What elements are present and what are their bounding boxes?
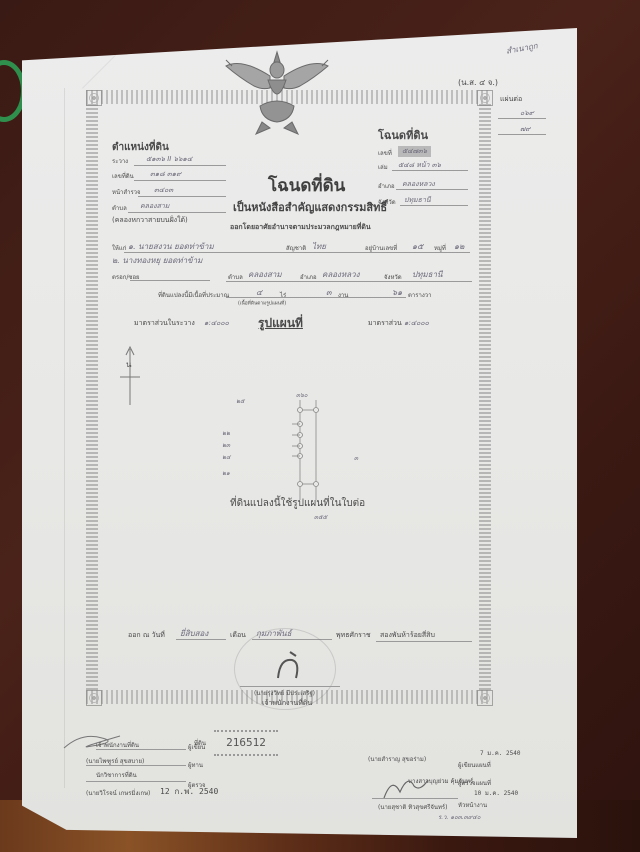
- issue-year-label: พุทธศักราช: [336, 630, 371, 641]
- footer-left-signer: (นายวิโรจน์ เกษรมิ่งเกษ): [86, 788, 150, 798]
- corner-ornament-icon: [86, 90, 102, 106]
- area-wa-label: ตารางวา: [408, 290, 432, 300]
- field-value: ๓๑๘ ๓๑๙: [150, 169, 181, 180]
- deed-caption: ออกโดยอาศัยอำนาจตามประมวลกฎหมายที่ดิน: [230, 222, 371, 233]
- deed-number: ๕๔๗๓๖: [398, 146, 431, 157]
- plot-label-bottom: ๓๕๕: [314, 512, 327, 522]
- divider: [226, 281, 472, 282]
- field-label: เลขที่ดิน: [112, 171, 134, 181]
- deed-block-title: โฉนดที่ดิน: [378, 126, 428, 144]
- tambon-value: คลองสาม: [248, 268, 282, 281]
- plot-label-left: ๒๔: [222, 452, 231, 462]
- deed-title: โฉนดที่ดิน: [268, 172, 345, 199]
- area-label: ที่ดินแปลงนี้มีเนื้อที่ประมาณ: [158, 290, 229, 300]
- north-label: น: [126, 358, 131, 371]
- transfer-box-label: แผ่นต่อ: [500, 94, 522, 105]
- serial-number: 216512: [214, 730, 278, 756]
- corner-ornament-icon: [477, 690, 493, 706]
- footer-left-date: 12 ก.พ. 2540: [160, 785, 218, 798]
- province-value: ปทุมธานี: [412, 268, 442, 281]
- corner-ornament-icon: [86, 690, 102, 706]
- officer-name: (นายรุ่งวิทย์ มีประเสริฐ): [254, 688, 315, 698]
- plot-map-drawing: [290, 400, 330, 500]
- divider: [376, 641, 472, 642]
- divider: [138, 196, 226, 197]
- footer-right-signer: (นายสุชาติ ทิวสุขศรีจันทร์): [378, 802, 448, 812]
- divider: [396, 189, 468, 190]
- footer-right-side: ผู้ตรวจแผนที่: [458, 778, 491, 788]
- divider: [86, 765, 186, 766]
- divider: [392, 170, 468, 171]
- footer-right-note: ร.ว. ๑๐๓.๓๙๔๐: [438, 812, 481, 822]
- field-value: คลองสาม: [140, 201, 169, 212]
- corner-ornament-icon: [477, 90, 493, 106]
- issue-month-label: เดือน: [230, 630, 246, 641]
- issue-prefix: ออก ณ วันที่: [128, 630, 165, 641]
- location-block-title: ตำแหน่งที่ดิน: [112, 140, 169, 155]
- plot-label-left-top: ๒๕: [236, 396, 245, 406]
- divider: [176, 639, 226, 640]
- divider: [400, 205, 468, 206]
- divider: [240, 686, 340, 687]
- divider: [124, 252, 470, 253]
- field-value: ๕๑๓๖ II ๖๖๑๔: [146, 154, 192, 165]
- field-label: เล่ม: [378, 162, 388, 172]
- decorative-border-left: [86, 104, 98, 690]
- footer-left-row: นักวิชาการที่ดิน: [96, 770, 137, 780]
- plot-label-left: ๒๒: [222, 428, 230, 438]
- serial-label: ที่ดิน: [194, 738, 206, 748]
- divider: [134, 180, 226, 181]
- divider: [498, 134, 546, 135]
- divider: [498, 118, 546, 119]
- decorative-border-right: [479, 104, 491, 690]
- area-ngan-label: งาน: [338, 290, 348, 300]
- footer-right-side: ผู้เขียนแผนที่: [458, 760, 491, 770]
- scale-plot-label: มาตราส่วน: [368, 318, 402, 329]
- plot-label-left: ๒๓: [222, 440, 230, 450]
- divider: [130, 280, 210, 281]
- divider: [134, 165, 226, 166]
- field-value: ๓๔๐๓: [154, 185, 173, 196]
- divider: [96, 749, 186, 750]
- owner-2: ๒. นางทองหยุ ยอดท่าข้าม: [112, 254, 202, 267]
- signature-mark: [270, 648, 310, 684]
- field-label: ระวาง: [112, 156, 128, 166]
- divider: [128, 212, 226, 213]
- garuda-emblem-icon: [222, 48, 332, 138]
- officer-title: เจ้าพนักงานที่ดิน: [262, 698, 312, 709]
- field-note: (คลองหกวาสายบนฝั่งใต้): [112, 215, 188, 226]
- field-label: อำเภอ: [378, 181, 395, 191]
- scale-map-value: ๑:๔๐๐๐: [204, 318, 229, 329]
- divider: [372, 798, 458, 799]
- footer-left-side: ผู้ทาน: [188, 760, 203, 770]
- field-label: ตำบล: [112, 203, 127, 213]
- plot-label-right: ๓: [354, 453, 358, 463]
- deed-subtitle: เป็นหนังสือสำคัญแสดงกรรมสิทธิ์: [233, 198, 387, 216]
- footer-right-date1: 7 ม.ค. 2540: [480, 748, 520, 758]
- amphoe-value: คลองหลวง: [322, 268, 360, 281]
- footer-right-row: (นายสำราญ สุขอร่าม): [368, 754, 426, 764]
- north-arrow-icon: [118, 345, 142, 407]
- field-label: หน้าสำรวจ: [112, 187, 141, 197]
- paper-crease: [64, 88, 65, 788]
- plot-notice: ที่ดินแปลงนี้ใช้รูปแผนที่ในใบต่อ: [230, 496, 365, 511]
- plot-label-left: ๒๑: [222, 468, 230, 478]
- map-title: รูปแผนที่: [258, 314, 303, 333]
- footer-right-date2: 10 ม.ค. 2540: [474, 788, 518, 798]
- field-label: จังหวัด: [378, 197, 396, 207]
- divider: [86, 781, 186, 782]
- scale-plot-value: ๑:๔๐๐๐: [404, 318, 429, 329]
- issue-year: สองพันห้าร้อยสี่สิบ: [380, 630, 435, 641]
- divider: [226, 297, 406, 298]
- field-label: เลขที่: [378, 148, 392, 158]
- footer-right-side: หัวหน้างาน: [458, 800, 487, 810]
- plot-label-top: ๓๖๐: [296, 390, 308, 400]
- scale-map-label: มาตราส่วนในระวาง: [134, 318, 195, 329]
- form-code: (น.ส. ๔ จ.): [458, 76, 498, 89]
- area-note: (เนื้อที่ดินตามรูปแผนที่): [238, 299, 286, 307]
